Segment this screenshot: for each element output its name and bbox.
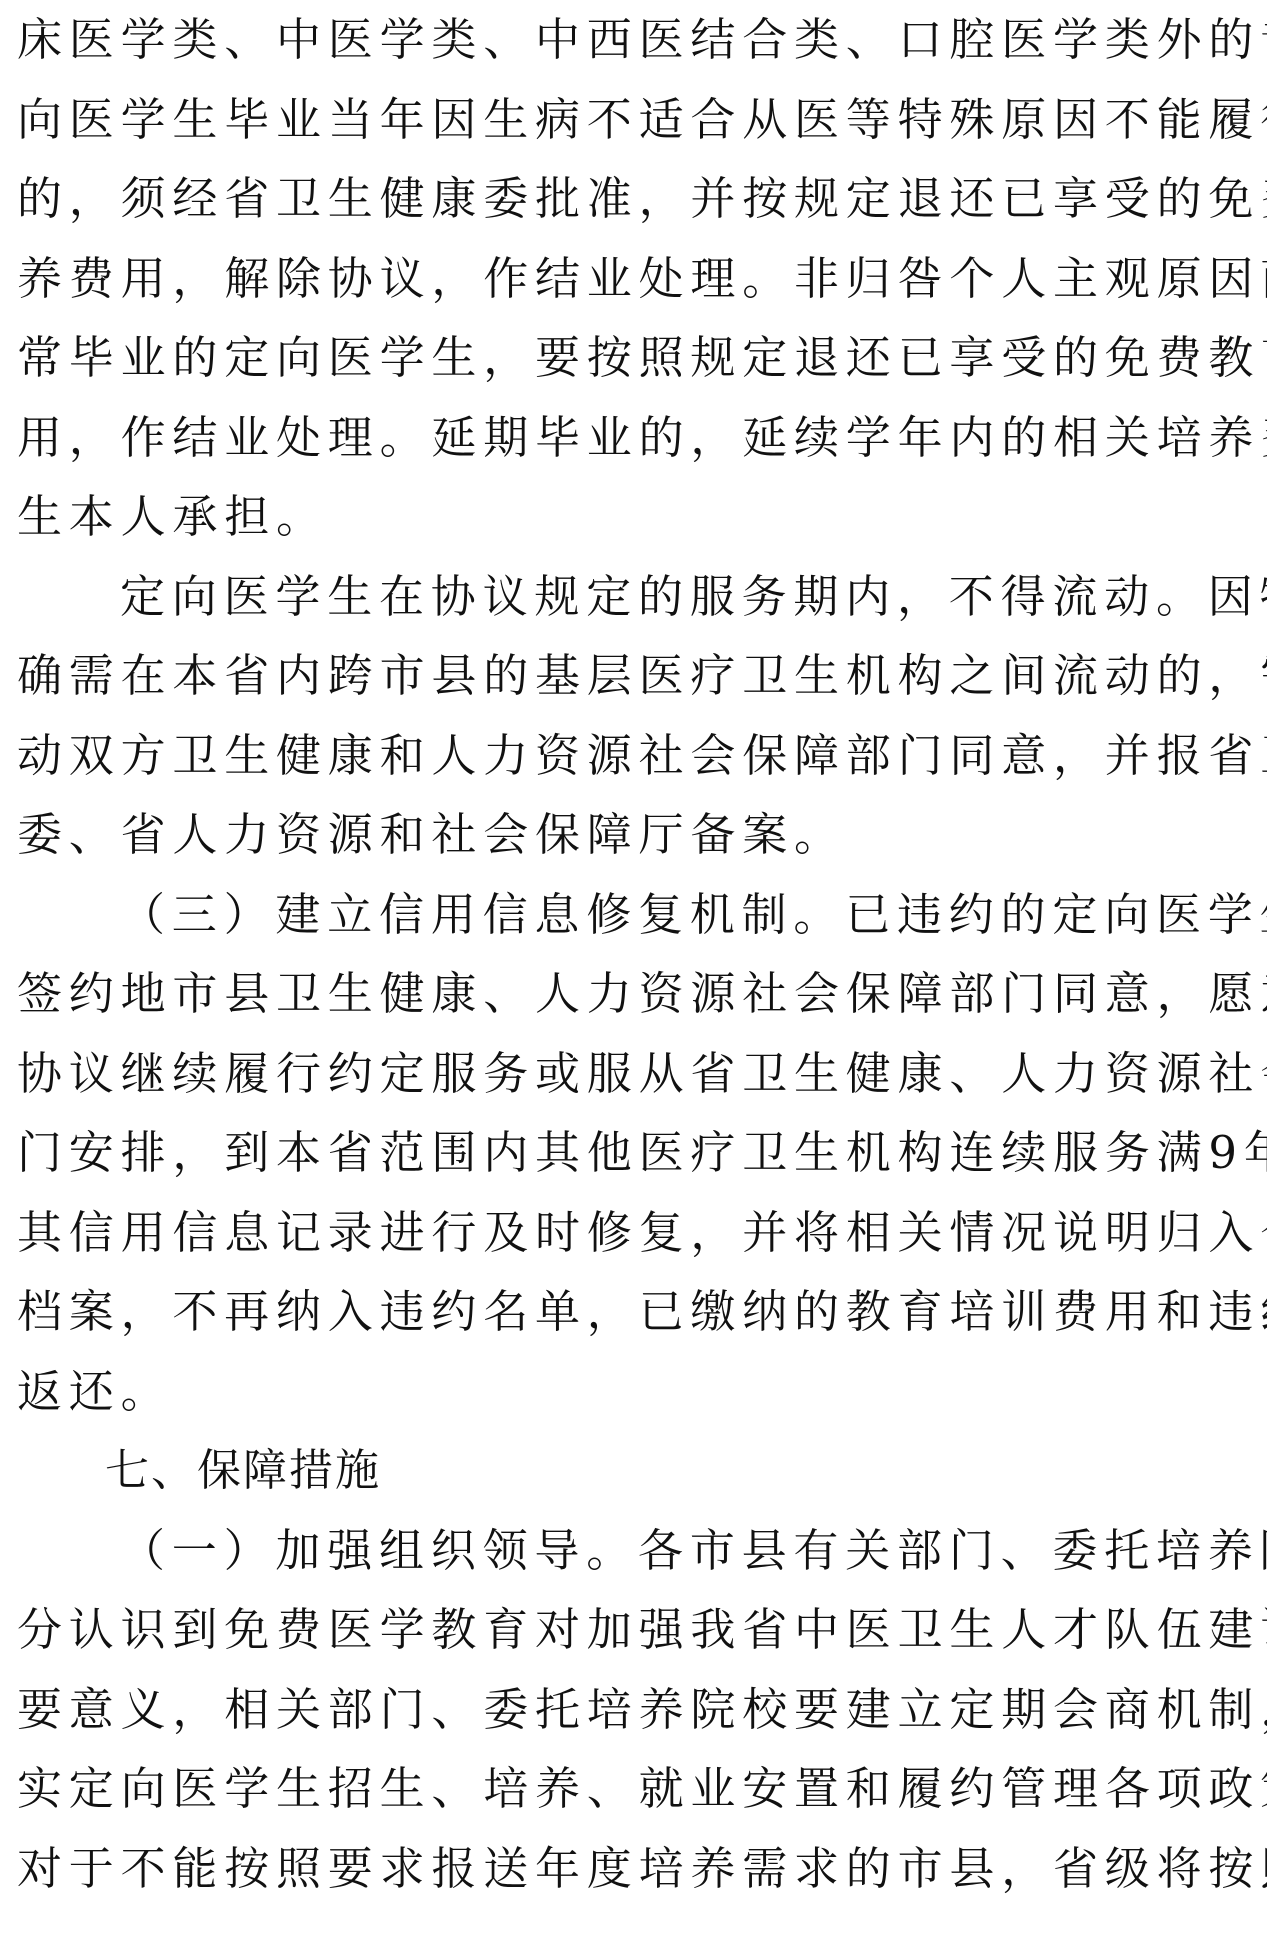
- paragraph-start-line: 定向医学生在协议规定的服务期内，不得流动。因特殊原因: [120, 557, 1267, 637]
- subsection-start-line: （一）加强组织领导。各市县有关部门、委托培养院校要充: [120, 1511, 1267, 1591]
- body-line: 常毕业的定向医学生，要按照规定退还已享受的免费教育培养费: [17, 318, 1267, 398]
- body-line: 用，作结业处理。延期毕业的，延续学年内的相关培养费用由学: [17, 398, 1267, 478]
- body-line: 床医学类、中医学类、中西医结合类、口腔医学类外的专业。定: [17, 0, 1267, 80]
- subsection-start-line: （三）建立信用信息修复机制。已违约的定向医学生，经原: [120, 875, 1267, 955]
- body-line: 档案，不再纳入违约名单，已缴纳的教育培训费用和违约金不予: [17, 1272, 1267, 1352]
- body-line: 协议继续履行约定服务或服从省卫生健康、人力资源社会保障部: [17, 1034, 1267, 1114]
- paragraph-end-line: 委、省人力资源和社会保障厅备案。: [17, 795, 1267, 875]
- paragraph-end-line: 返还。: [17, 1352, 1267, 1432]
- document-page: 床医学类、中医学类、中西医结合类、口腔医学类外的专业。定 向医学生毕业当年因生病…: [0, 0, 1280, 1940]
- body-line: 其信用信息记录进行及时修复，并将相关情况说明归入个人人事: [17, 1193, 1267, 1273]
- section-heading: 七、保障措施: [105, 1431, 1280, 1511]
- subsection-text: 各市县有关部门、委托培养院校要充: [638, 1524, 1267, 1577]
- body-line: 门安排，到本省范围内其他医疗卫生机构连续服务满9年后，对: [17, 1113, 1267, 1193]
- body-line: 分认识到免费医学教育对加强我省中医卫生人才队伍建设的重: [17, 1590, 1267, 1670]
- paragraph-end-line: 生本人承担。: [17, 477, 1267, 557]
- body-line: 实定向医学生招生、培养、就业安置和履约管理各项政策措施。: [17, 1749, 1267, 1829]
- body-line: 对于不能按照要求报送年度培养需求的市县，省级将按照有关规: [17, 1829, 1267, 1909]
- subsection-text: 已违约的定向医学生，经原: [845, 888, 1267, 941]
- body-line: 动双方卫生健康和人力资源社会保障部门同意，并报省卫生健康: [17, 716, 1267, 796]
- subsection-title: （一）加强组织领导。: [120, 1526, 638, 1576]
- body-line: 签约地市县卫生健康、人力资源社会保障部门同意，愿意按照原: [17, 954, 1267, 1034]
- body-line: 向医学生毕业当年因生病不适合从医等特殊原因不能履行协议: [17, 80, 1267, 160]
- body-line: 养费用，解除协议，作结业处理。非归咎个人主观原因而不能正: [17, 239, 1267, 319]
- body-line: 的，须经省卫生健康委批准，并按规定退还已享受的免费教育培: [17, 159, 1267, 239]
- body-line: 确需在本省内跨市县的基层医疗卫生机构之间流动的，需要经流: [17, 636, 1267, 716]
- subsection-title: （三）建立信用信息修复机制。: [120, 890, 845, 940]
- body-line: 要意义，相关部门、委托培养院校要建立定期会商机制，切实落: [17, 1670, 1267, 1750]
